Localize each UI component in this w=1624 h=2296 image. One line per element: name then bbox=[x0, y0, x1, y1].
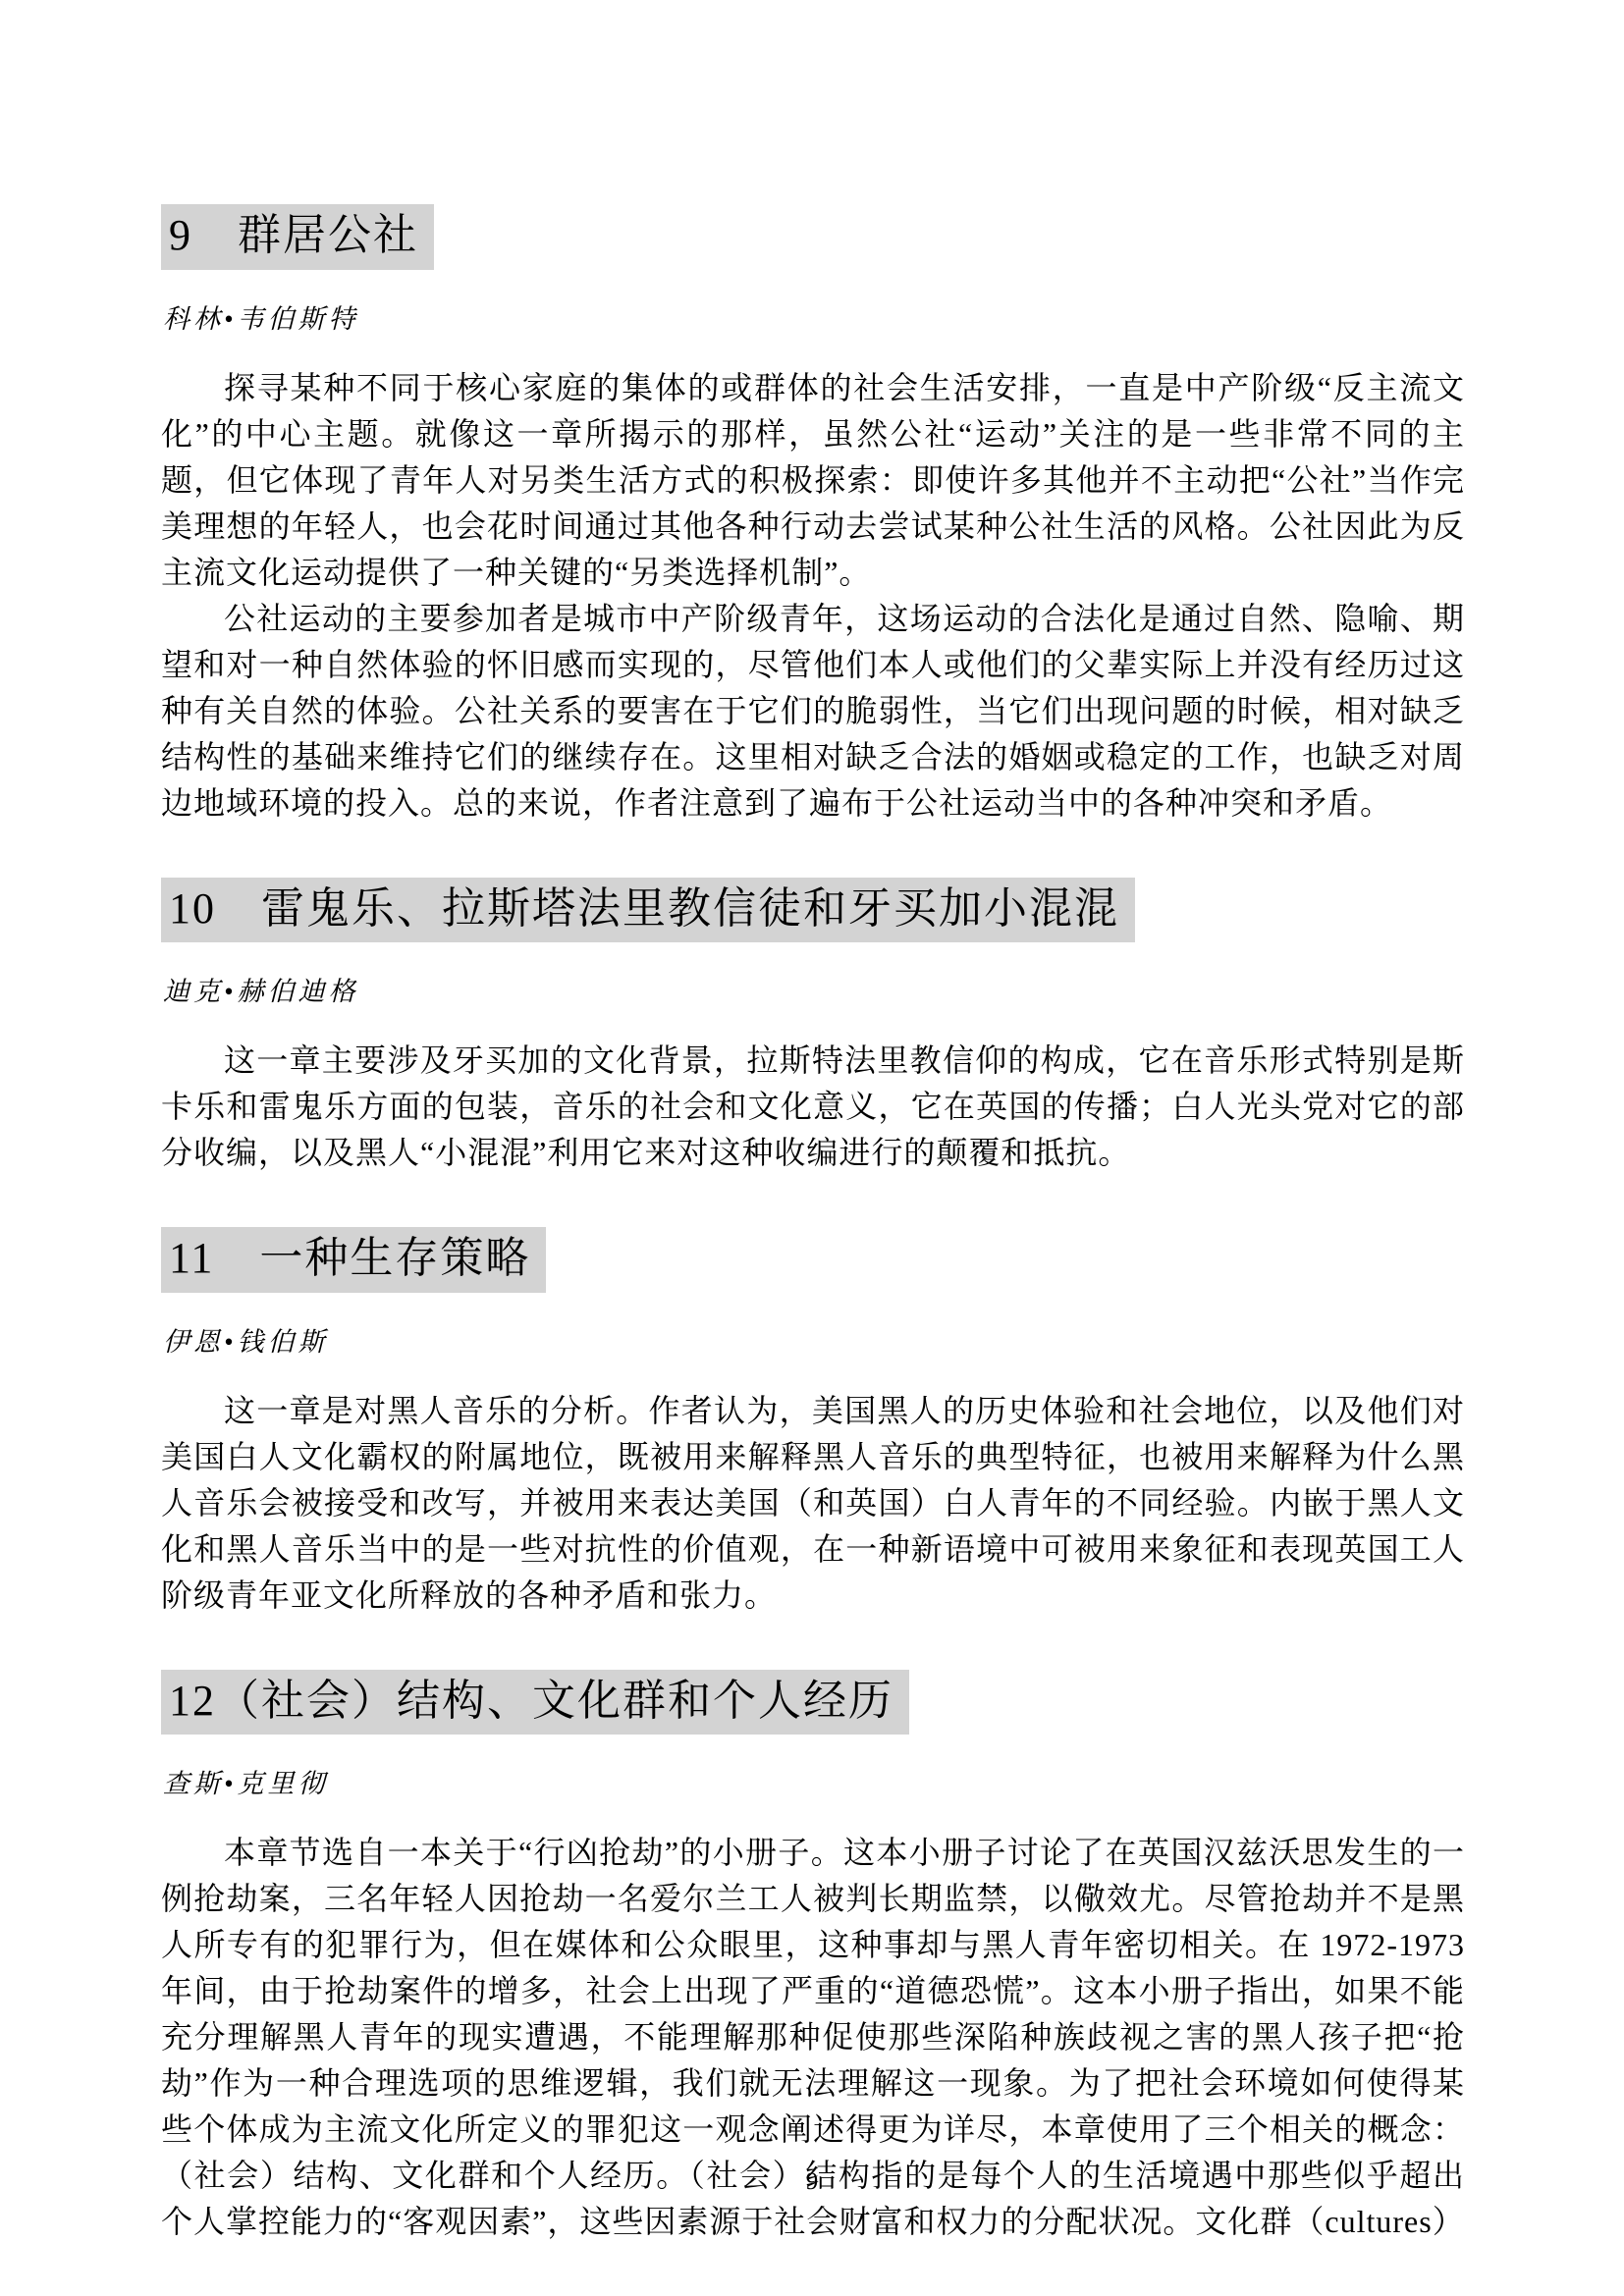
chapter-author: 科林•韦伯斯特 bbox=[163, 297, 1465, 336]
chapter-heading: 12（社会）结构、文化群和个人经历 bbox=[161, 1670, 909, 1735]
chapter-author: 迪克•赫伯迪格 bbox=[163, 970, 1465, 1008]
chapter-heading: 11 一种生存策略 bbox=[161, 1227, 546, 1293]
chapter-summary-paragraph: 这一章是对黑人音乐的分析。作者认为，美国黑人的历史体验和社会地位，以及他们对美国… bbox=[161, 1388, 1465, 1619]
chapter-section-12: 12（社会）结构、文化群和个人经历 查斯•克里彻 本章节选自一本关于“行凶抢劫”… bbox=[161, 1670, 1465, 2246]
chapter-heading: 10 雷鬼乐、拉斯塔法里教信徒和牙买加小混混 bbox=[161, 878, 1135, 943]
page-content: 9 群居公社 科林•韦伯斯特 探寻某种不同于核心家庭的集体的或群体的社会生活安排… bbox=[0, 0, 1624, 2245]
page-number: 9 bbox=[0, 2168, 1624, 2196]
chapter-author: 伊恩•钱伯斯 bbox=[163, 1320, 1465, 1359]
chapter-section-10: 10 雷鬼乐、拉斯塔法里教信徒和牙买加小混混 迪克•赫伯迪格 这一章主要涉及牙买… bbox=[161, 878, 1465, 1177]
chapter-section-9: 9 群居公社 科林•韦伯斯特 探寻某种不同于核心家庭的集体的或群体的社会生活安排… bbox=[161, 204, 1465, 827]
chapter-author: 查斯•克里彻 bbox=[163, 1762, 1465, 1800]
chapter-summary-paragraph: 探寻某种不同于核心家庭的集体的或群体的社会生活安排，一直是中产阶级“反主流文化”… bbox=[161, 365, 1465, 596]
chapter-summary-paragraph: 公社运动的主要参加者是城市中产阶级青年，这场运动的合法化是通过自然、隐喻、期望和… bbox=[161, 596, 1465, 827]
chapter-summary-paragraph: 这一章主要涉及牙买加的文化背景，拉斯特法里教信仰的构成，它在音乐形式特别是斯卡乐… bbox=[161, 1038, 1465, 1176]
chapter-heading: 9 群居公社 bbox=[161, 204, 434, 270]
chapter-section-11: 11 一种生存策略 伊恩•钱伯斯 这一章是对黑人音乐的分析。作者认为，美国黑人的… bbox=[161, 1227, 1465, 1619]
